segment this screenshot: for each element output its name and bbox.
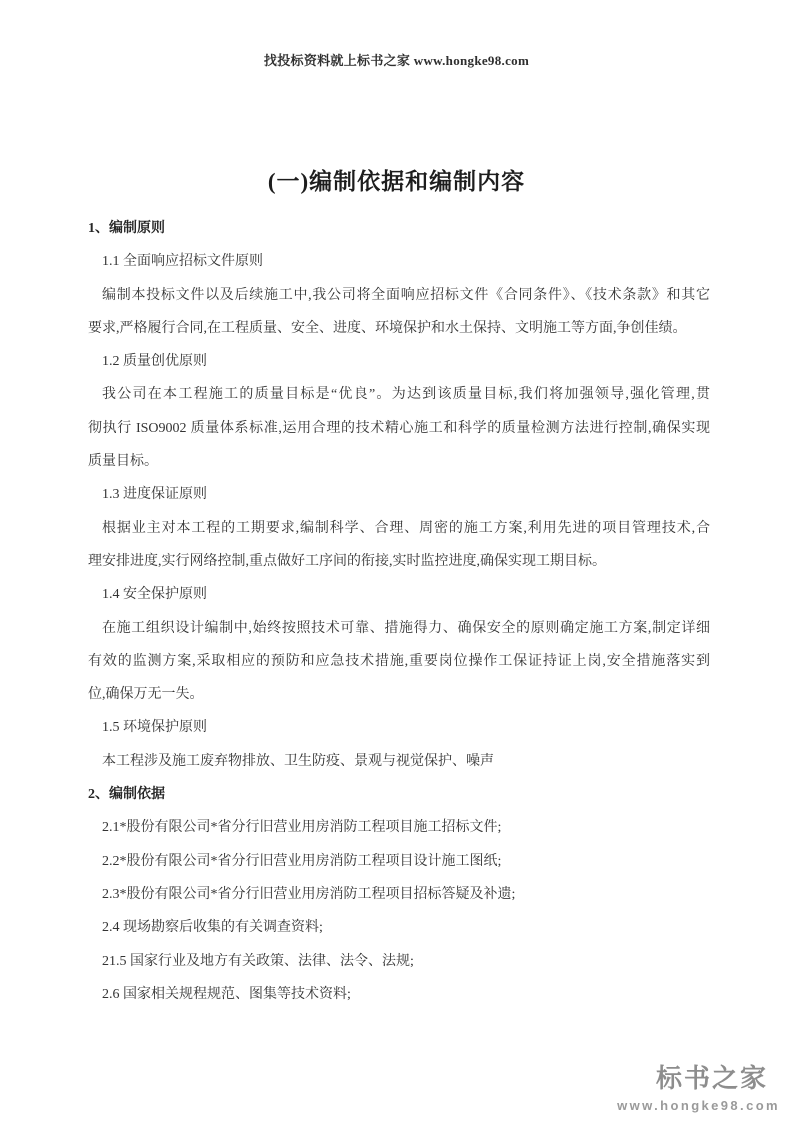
- document-line: 21.5 国家行业及地方有关政策、法律、法令、法规;: [88, 945, 710, 978]
- document-line: 本工程涉及施工废弃物排放、卫生防疫、景观与视觉保护、噪声: [88, 745, 710, 778]
- document-line: 2.1*股份有限公司*省分行旧营业用房消防工程项目施工招标文件;: [88, 811, 710, 844]
- document-line: 理安排进度,实行网络控制,重点做好工序间的衔接,实时监控进度,确保实现工期目标。: [88, 545, 710, 578]
- document-line: 彻执行 ISO9002 质量体系标准,运用合理的技术精心施工和科学的质量检测方法…: [88, 412, 710, 445]
- document-line: 我公司在本工程施工的质量目标是“优良”。为达到该质量目标,我们将加强领导,强化管…: [88, 378, 710, 411]
- document-page: 找投标资料就上标书之家 www.hongke98.com (一)编制依据和编制内…: [0, 0, 793, 1122]
- document-line: 质量目标。: [88, 445, 710, 478]
- document-line: 1.3 进度保证原则: [88, 478, 710, 511]
- document-line: 2.2*股份有限公司*省分行旧营业用房消防工程项目设计施工图纸;: [88, 845, 710, 878]
- document-line: 编制本投标文件以及后续施工中,我公司将全面响应招标文件《合同条件》、《技术条款》…: [88, 279, 710, 312]
- document-line: 位,确保万无一失。: [88, 678, 710, 711]
- document-line: 在施工组织设计编制中,始终按照技术可靠、措施得力、确保安全的原则确定施工方案,制…: [88, 612, 710, 645]
- watermark-url: www.hongke98.com: [617, 1098, 780, 1113]
- document-line: 根据业主对本工程的工期要求,编制科学、合理、周密的施工方案,利用先进的项目管理技…: [88, 512, 710, 545]
- document-body: 1、编制原则1.1 全面响应招标文件原则编制本投标文件以及后续施工中,我公司将全…: [88, 212, 710, 1011]
- document-line: 2、编制依据: [88, 778, 710, 811]
- document-line: 要求,严格履行合同,在工程质量、安全、进度、环境保护和水土保持、文明施工等方面,…: [88, 312, 710, 345]
- document-line: 1.1 全面响应招标文件原则: [88, 245, 710, 278]
- document-line: 2.6 国家相关规程规范、图集等技术资料;: [88, 978, 710, 1011]
- watermark: 标书之家 www.hongke98.com: [617, 1058, 780, 1113]
- document-line: 1.5 环境保护原则: [88, 711, 710, 744]
- site-header-text: 找投标资料就上标书之家 www.hongke98.com: [0, 50, 793, 69]
- document-line: 有效的监测方案,采取相应的预防和应急技术措施,重要岗位操作工保证持证上岗,安全措…: [88, 645, 710, 678]
- document-line: 1.2 质量创优原则: [88, 345, 710, 378]
- document-title: (一)编制依据和编制内容: [0, 163, 793, 196]
- document-line: 1、编制原则: [88, 212, 710, 245]
- document-line: 2.3*股份有限公司*省分行旧营业用房消防工程项目招标答疑及补遗;: [88, 878, 710, 911]
- watermark-brand-logo: 标书之家: [617, 1058, 768, 1095]
- document-line: 1.4 安全保护原则: [88, 578, 710, 611]
- document-line: 2.4 现场勘察后收集的有关调查资料;: [88, 911, 710, 944]
